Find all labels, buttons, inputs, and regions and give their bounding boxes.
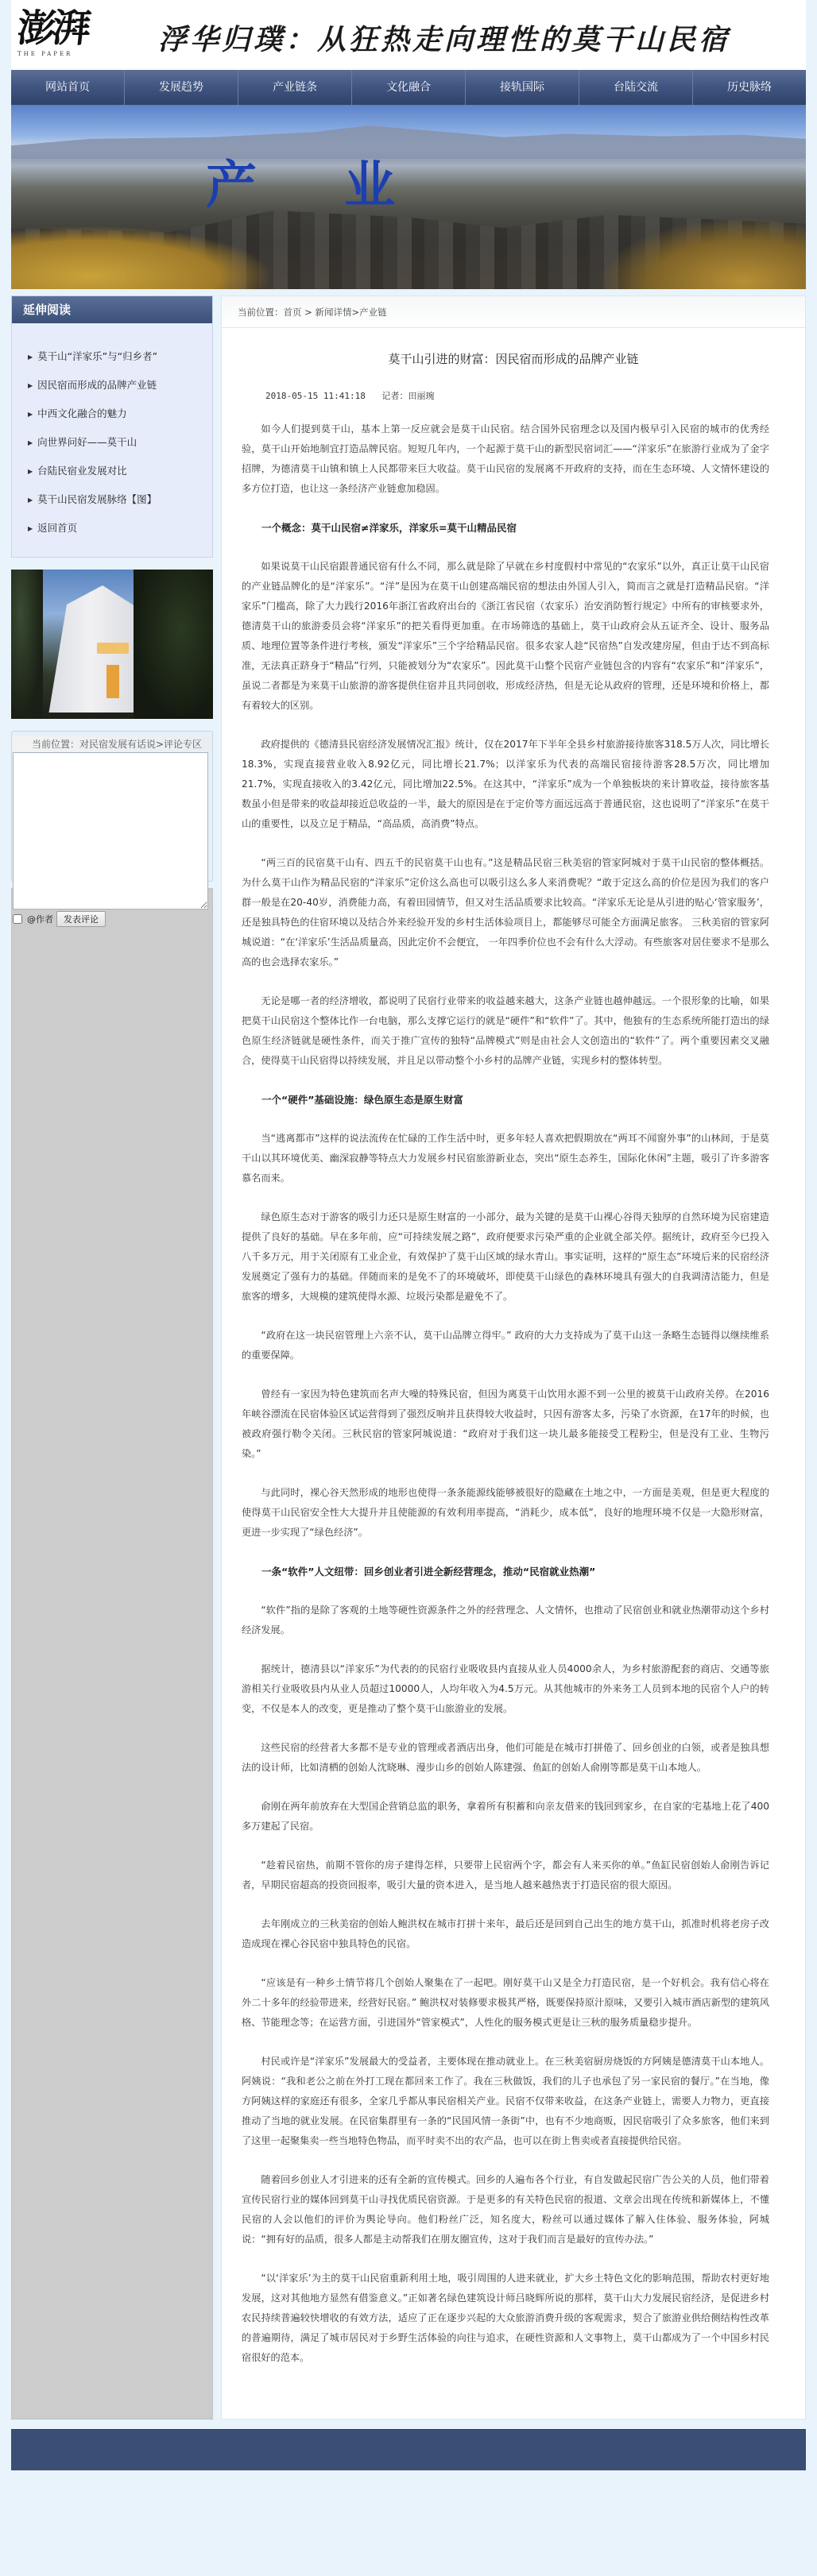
related-link-label: 台陆民宿业发展对比 [37, 465, 127, 477]
article-paragraph: 俞刚在两年前放弃在大型国企营销总监的职务，拿着所有积蓄和向亲友借来的钱回到家乡，… [242, 1797, 769, 1836]
article-subheading: 一个“硬件”基础设施：绿色原生态是原生财富 [242, 1090, 769, 1110]
at-author-label: @作者 [27, 913, 53, 925]
article-paragraph: “政府在这一块民宿管理上六亲不认，莫干山品牌立得牢。” 政府的大力支持成为了莫干… [242, 1326, 769, 1365]
breadcrumb: 当前位置：首页 > 新闻详情>产业链 [222, 296, 805, 328]
related-link-label: 向世界问好——莫干山 [37, 436, 137, 448]
breadcrumb-home-link[interactable]: 首页 [284, 307, 302, 318]
article-meta: 2018-05-15 11:41:18 记者：田丽琬 [242, 389, 769, 402]
article-paragraph: 随着回乡创业人才引进来的还有全新的宣传模式。回乡的人遍布各个行业，有自发做起民宿… [242, 2170, 769, 2250]
article-datetime: 2018-05-15 11:41:18 [265, 391, 366, 401]
article-panel: 当前位置：首页 > 新闻详情>产业链 莫干山引进的财富：因民宿而形成的品牌产业链… [221, 295, 806, 2420]
site-header: 澎湃 THE PAPER 浮华归璞：从狂热走向理性的莫干山民宿 [11, 0, 806, 70]
related-link-back-home[interactable]: ▶返回首页 [28, 514, 212, 543]
related-link-label: 返回首页 [37, 522, 77, 534]
related-link-history[interactable]: ▶莫干山民宿发展脉络【图】 [28, 485, 212, 514]
article-paragraph: “应该是有一种乡土情节将几个创始人聚集在了一起吧。刚好莫干山又是全力打造民宿，是… [242, 1973, 769, 2033]
article-paragraph: 与此同时，裸心谷天然形成的地形也使得一条条能源线能够被很好的隐藏在土地之中，一方… [242, 1483, 769, 1543]
content-columns: 延伸阅读 ▶莫干山“洋家乐”与“归乡者” ▶因民宿而形成的品牌产业链 ▶中西文化… [11, 295, 806, 2420]
article-body: 如今人们提到莫干山，基本上第一反应就会是莫干山民宿。结合国外民宿理念以及国内极早… [242, 419, 769, 2368]
article-paragraph: 这些民宿的经营者大多都不是专业的管理或者酒店出身，他们可能是在城市打拼倦了、回乡… [242, 1738, 769, 1778]
article-paragraph: 如今人们提到莫干山，基本上第一反应就会是莫干山民宿。结合国外民宿理念以及国内极早… [242, 419, 769, 499]
photo-tree-right [134, 570, 213, 719]
breadcrumb-current: 新闻详情>产业链 [315, 307, 386, 318]
article-paragraph: “软件”指的是除了客观的土地等硬性资源条件之外的经营理念、人文情怀，也推动了民宿… [242, 1601, 769, 1640]
related-reading-list: ▶莫干山“洋家乐”与“归乡者” ▶因民宿而形成的品牌产业链 ▶中西文化融合的魅力… [12, 323, 212, 557]
arrow-right-icon: ▶ [28, 400, 33, 428]
sidebar-filler [11, 888, 213, 2420]
article-paragraph: 政府提供的《德清县民宿经济发展情况汇报》统计，仅在2017年下半年全县乡村旅游接… [242, 735, 769, 834]
arrow-right-icon: ▶ [28, 343, 33, 371]
article-title: 莫干山引进的财富：因民宿而形成的品牌产业链 [242, 350, 769, 367]
arrow-right-icon: ▶ [28, 486, 33, 514]
article-paragraph: “趁着民宿热，前期不管你的房子建得怎样，只要带上民宿两个字，都会有人来买你的单。… [242, 1856, 769, 1895]
nav-item-culture[interactable]: 文化融合 [352, 70, 466, 105]
photo-tree-left [11, 570, 43, 719]
banner-trees-right [599, 218, 806, 289]
arrow-right-icon: ▶ [28, 429, 33, 457]
nav-item-home[interactable]: 网站首页 [11, 70, 125, 105]
main-nav: 网站首页 发展趋势 产业链条 文化融合 接轨国际 台陆交流 历史脉络 [11, 70, 806, 105]
related-link-culture[interactable]: ▶中西文化融合的魅力 [28, 400, 212, 428]
nav-item-international[interactable]: 接轨国际 [466, 70, 579, 105]
article-subheading: 一个概念：莫干山民宿≠洋家乐，洋家乐=莫干山精品民宿 [242, 518, 769, 538]
article-paragraph: “两三百的民宿莫干山有、四五千的民宿莫干山也有。”这是精品民宿三秋美宿的管家阿城… [242, 853, 769, 972]
left-sidebar: 延伸阅读 ▶莫干山“洋家乐”与“归乡者” ▶因民宿而形成的品牌产业链 ▶中西文化… [11, 295, 213, 2420]
breadcrumb-prefix: 当前位置： [238, 307, 284, 318]
article-paragraph: 去年刚成立的三秋美宿的创始人鲍洪权在城市打拼十来年，最后还是回到自己出生的地方莫… [242, 1914, 769, 1954]
related-link-label: 因民宿而形成的品牌产业链 [37, 379, 157, 391]
article-paragraph: 村民或许是“洋家乐”发展最大的受益者，主要体现在推动就业上。在三秋美宿厨房烧饭的… [242, 2052, 769, 2151]
comment-panel: 当前位置：对民宿发展有话说>评论专区 @作者 发表评论 [11, 731, 213, 882]
guesthouse-photo [11, 570, 213, 719]
article-paragraph: “以‘洋家乐’为主的莫干山民宿重新利用土地，吸引周围的人进来就业，扩大乡土特色文… [242, 2269, 769, 2368]
arrow-right-icon: ▶ [28, 372, 33, 400]
nav-item-history[interactable]: 历史脉络 [693, 70, 806, 105]
breadcrumb-separator: > [302, 307, 316, 318]
related-link-label: 莫干山民宿发展脉络【图】 [37, 493, 157, 505]
article-paragraph: 无论是哪一者的经济增收，都说明了民宿行业带来的收益越来越大，这条产业链也越伸越远… [242, 991, 769, 1071]
at-author-checkbox[interactable] [13, 914, 22, 924]
related-link-yangjiale[interactable]: ▶莫干山“洋家乐”与“归乡者” [28, 342, 212, 371]
page: 澎湃 THE PAPER 浮华归璞：从狂热走向理性的莫干山民宿 网站首页 发展趋… [11, 0, 806, 2470]
banner-image: 产业 [11, 105, 806, 289]
article-paragraph: 如果说莫干山民宿跟普通民宿有什么不同，那么就是除了早就在乡村度假村中常见的“农家… [242, 557, 769, 716]
arrow-right-icon: ▶ [28, 458, 33, 485]
article-paragraph: 绿色原生态对于游客的吸引力还只是原生财富的一小部分，最为关键的是莫干山裸心谷得天… [242, 1207, 769, 1307]
article: 莫干山引进的财富：因民宿而形成的品牌产业链 2018-05-15 11:41:1… [222, 350, 805, 2419]
article-subheading: 一条“软件”人文纽带：回乡创业者引进全新经营理念，推动“民宿就业热潮” [242, 1562, 769, 1582]
site-footer [11, 2429, 806, 2470]
banner-title: 产业 [206, 145, 482, 218]
nav-item-trends[interactable]: 发展趋势 [125, 70, 238, 105]
article-paragraph: 据统计，德清县以“洋家乐”为代表的的民宿行业吸收县内直接从业人员4000余人，为… [242, 1659, 769, 1719]
nav-item-industry-chain[interactable]: 产业链条 [238, 70, 352, 105]
article-paragraph: 当“逃离都市”这样的说法流传在忙碌的工作生活中时，更多年轻人喜欢把假期放在“两耳… [242, 1129, 769, 1188]
banner-trees-left [11, 226, 273, 289]
related-link-hello-world[interactable]: ▶向世界问好——莫干山 [28, 428, 212, 457]
article-paragraph: 曾经有一家因为特色建筑而名声大噪的特殊民宿，但因为离莫干山饮用水源不到一公里的被… [242, 1385, 769, 1464]
related-link-label: 莫干山“洋家乐”与“归乡者” [37, 350, 157, 362]
photo-balcony-light [97, 643, 129, 654]
comment-textarea[interactable] [13, 752, 208, 910]
comment-actions: @作者 发表评论 [12, 910, 212, 929]
logo[interactable]: 澎湃 THE PAPER [17, 5, 105, 64]
photo-door [106, 665, 119, 698]
site-title: 浮华归璞：从狂热走向理性的莫干山民宿 [158, 17, 730, 58]
related-link-industry-chain[interactable]: ▶因民宿而形成的品牌产业链 [28, 371, 212, 400]
post-comment-button[interactable]: 发表评论 [56, 911, 106, 927]
article-author: 记者：田丽琬 [381, 391, 434, 401]
related-link-label: 中西文化融合的魅力 [37, 407, 127, 419]
related-reading-title: 延伸阅读 [12, 296, 212, 323]
related-reading-box: 延伸阅读 ▶莫干山“洋家乐”与“归乡者” ▶因民宿而形成的品牌产业链 ▶中西文化… [11, 295, 213, 558]
nav-item-cross-strait[interactable]: 台陆交流 [579, 70, 693, 105]
related-link-comparison[interactable]: ▶台陆民宿业发展对比 [28, 457, 212, 485]
logo-text-cn: 澎湃 [15, 5, 107, 52]
arrow-right-icon: ▶ [28, 515, 33, 543]
comment-location: 当前位置：对民宿发展有话说>评论专区 [12, 736, 212, 752]
